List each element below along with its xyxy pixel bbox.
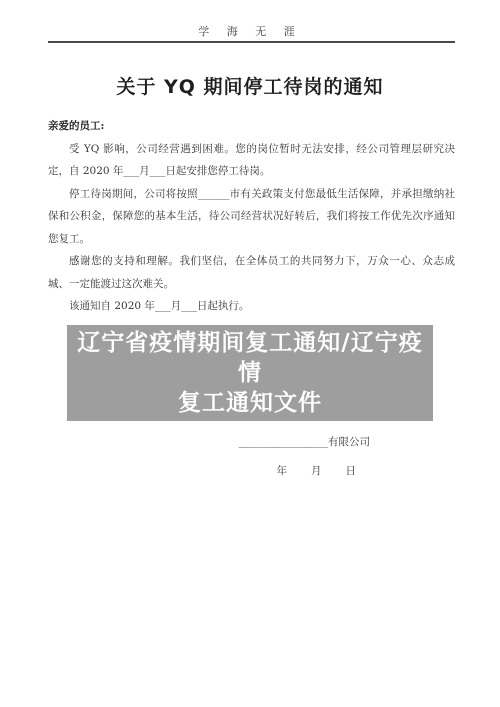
header-divider [48,41,455,43]
header-motto: 学 海 无 涯 [198,25,302,38]
company-suffix: 有限公司 [328,436,370,448]
banner-line-1: 辽宁省疫情期间复工通知/辽宁疫情 [73,328,427,388]
paragraph-3: 感谢您的支持和理解。我们坚信，在全体员工的共同努力下，万众一心、众志成城、一定能… [48,250,455,295]
document-page: 学 海 无 涯 关于 YQ 期间停工待岗的通知 亲爱的员工: 受 YQ 影响，公… [0,0,500,707]
page-header: 学 海 无 涯 [0,0,500,38]
signature-company-line: _________________有限公司 [0,431,500,453]
salutation: 亲爱的员工: [48,115,455,138]
overlay-banner: 辽宁省疫情期间复工通知/辽宁疫情 复工通知文件 [67,325,433,421]
banner-line-2: 复工通知文件 [73,388,427,418]
paragraph-1: 受 YQ 影响，公司经营遇到困难。您的岗位暂时无法安排，经公司管理层研究决定，自… [48,138,455,183]
company-name-blank: _________________ [239,436,328,448]
paragraph-2: 停工待岗期间，公司将按照______市有关政策支付您最低生活保障，并承担缴纳社保… [48,183,455,251]
signature-date-line: 年 月 日 [0,460,500,482]
paragraph-4: 该通知自 2020 年___月___日起执行。 [48,295,455,318]
document-title: 关于 YQ 期间停工待岗的通知 [20,75,480,99]
document-body: 亲爱的员工: 受 YQ 影响，公司经营遇到困难。您的岗位暂时无法安排，经公司管理… [48,115,455,318]
